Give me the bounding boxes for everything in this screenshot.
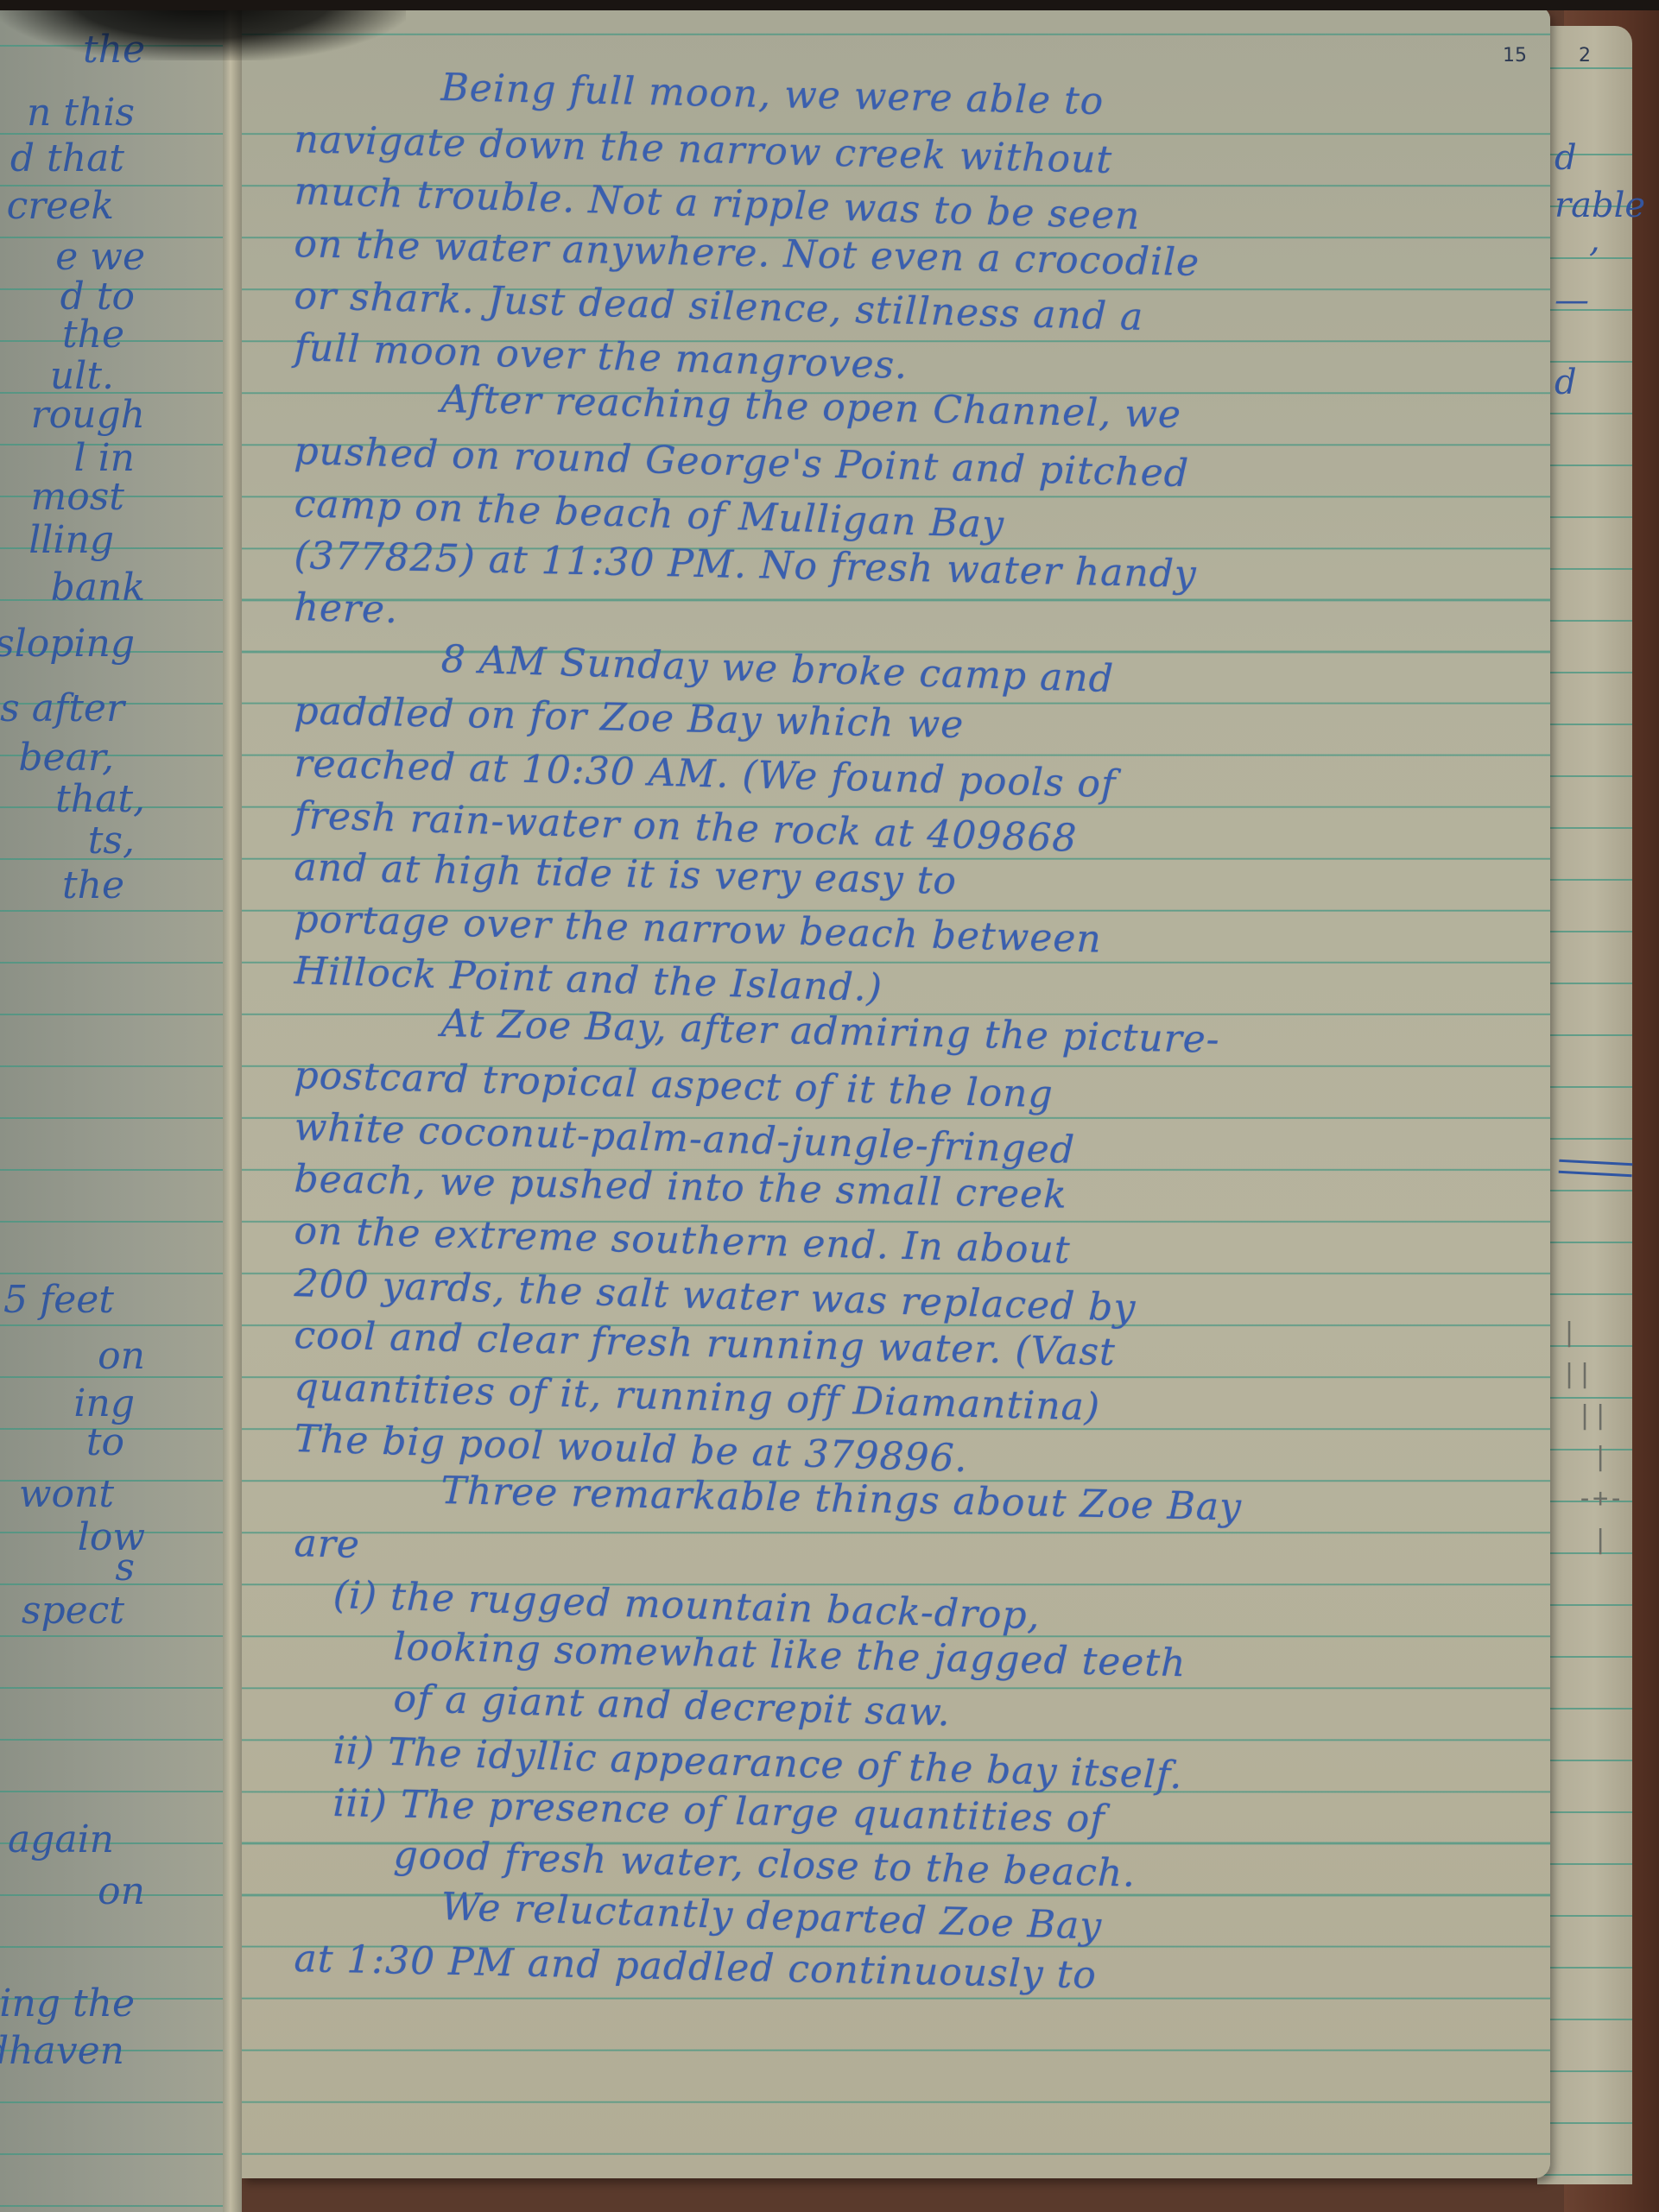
left-page-fragment: sdhaven: [0, 2029, 124, 2073]
page-number: 15: [1503, 45, 1527, 66]
left-page-fragment: wont: [19, 1472, 114, 1516]
left-page-fragment: creek: [7, 184, 114, 228]
left-page-fragment: n this: [27, 91, 135, 135]
left-page-fragment: sloping: [0, 622, 135, 666]
left-page-fragment: lling: [28, 518, 114, 562]
top-edge: [0, 0, 1659, 10]
left-page-fragment: s: [115, 1545, 135, 1589]
next-page-edge: [1537, 26, 1632, 2184]
left-page-fragment: again: [8, 1817, 114, 1861]
handwritten-line: We reluctantly departed Zoe Bay: [440, 1885, 1103, 1949]
next-page-fragment: ,: [1589, 220, 1600, 260]
left-page-fragment: low: [78, 1515, 145, 1559]
handwritten-line: paddled on for Zoe Bay which we: [294, 689, 965, 747]
handwritten-line: After reaching the open Channel, we: [440, 377, 1182, 437]
handwritten-line: At Zoe Bay, after admiring the picture-: [440, 1002, 1220, 1062]
ruled-lines: [1537, 26, 1632, 2184]
left-page-fragment: e we: [55, 235, 145, 279]
handwritten-line: The big pool would be at 379896.: [294, 1417, 968, 1481]
main-page: Being full moon, we were able tonavigate…: [242, 7, 1550, 2178]
handwritten-line: here.: [294, 585, 399, 632]
next-page-fragment: d: [1555, 363, 1577, 402]
left-page-fragment: 15 feet: [0, 1278, 114, 1322]
left-page-fragment: rough: [31, 393, 145, 437]
handwritten-line: (377825) at 11:30 PM. No fresh water han…: [294, 534, 1197, 597]
handwritten-line: 8 AM Sunday we broke camp and: [440, 637, 1115, 701]
handwritten-line: looking somewhat like the jagged teeth: [393, 1625, 1187, 1685]
next-page-fragment: —: [1555, 281, 1589, 320]
left-page-fragment: spect: [22, 1589, 124, 1633]
handwritten-line: Hillock Point and the Island.): [294, 949, 883, 1010]
left-page: then thisd thatcreeke wed totheult.rough…: [0, 0, 231, 2212]
left-page-fragment: to: [86, 1420, 124, 1464]
handwritten-line: are: [294, 1521, 361, 1567]
binding-gutter: [223, 0, 242, 2212]
handwritten-line: Three remarkable things about Zoe Bay: [440, 1469, 1242, 1529]
left-page-fragment: ing: [73, 1381, 135, 1425]
handwritten-line: of a giant and decrepit saw.: [393, 1677, 951, 1735]
left-page-fragment: l in: [74, 436, 135, 480]
left-page-fragment: ts,: [88, 818, 135, 863]
left-page-fragment: bear,: [18, 736, 114, 780]
handwritten-line: Being full moon, we were able to: [440, 66, 1105, 123]
left-page-fragment: s after: [0, 686, 124, 730]
left-page-fragment: the: [62, 313, 124, 357]
left-page-fragment: on: [98, 1334, 145, 1378]
left-page-fragment: most: [31, 475, 124, 519]
left-page-fragment: ing the: [0, 1981, 135, 2026]
left-page-fragment: on: [98, 1869, 145, 1913]
handwritten-line: postcard tropical aspect of it the long: [294, 1053, 1054, 1116]
left-page-fragment: bank: [51, 566, 145, 610]
handwritten-line: full moon over the mangroves.: [294, 325, 909, 388]
left-page-fragment: ult.: [50, 354, 114, 398]
handwritten-line: on the extreme southern end. In about: [294, 1209, 1071, 1273]
handwritten-line: at 1:30 PM and paddled continuously to: [294, 1937, 1097, 1997]
next-page-number: 2: [1579, 45, 1591, 66]
left-page-fragment: the: [62, 863, 124, 907]
left-page-fragment: that,: [55, 777, 145, 821]
pencil-tally-marks: | || || | -+- |: [1561, 1312, 1622, 1571]
left-page-fragment: d that: [10, 136, 124, 180]
next-page-fragment: d: [1555, 138, 1577, 178]
